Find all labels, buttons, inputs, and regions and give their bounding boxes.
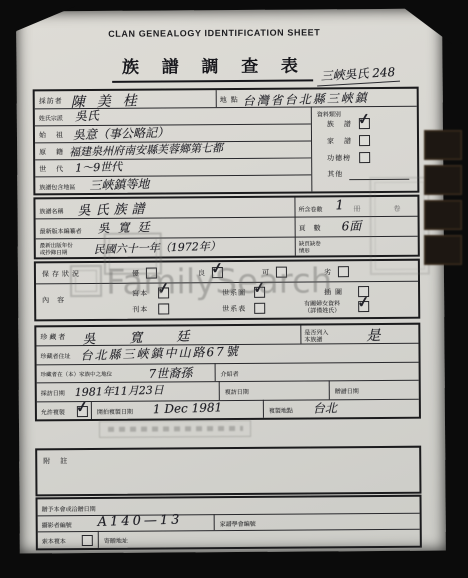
table-volume-info: 族譜名稱 吳氏族譜 所含卷數 1 冊 卷 最新版本編纂者 吳寬廷 頁 數 6面 …	[33, 195, 419, 260]
location-value: 台灣省台北縣三峽鎮	[243, 89, 369, 110]
divider	[91, 401, 92, 419]
content-illustrations-label: 插 圖	[324, 287, 343, 297]
category-item-gongdebang: 功德榜	[327, 153, 351, 163]
divider	[219, 381, 220, 400]
keeper-label: 珍藏者	[40, 332, 67, 342]
publication-label-line2: 或抄錄日期	[40, 248, 68, 256]
editor-label: 最新版本編纂者	[40, 226, 82, 235]
ink-stamp-glyph	[424, 235, 462, 265]
content-printed-label: 刊本	[132, 305, 148, 315]
faded-stamp-above-notes	[99, 420, 251, 438]
ink-stamp-glyph	[424, 200, 462, 230]
content-checkbox-printed	[158, 303, 169, 314]
content-label: 內 容	[42, 295, 67, 305]
table-keeper-info: 珍藏者 吳寬廷 是否列入 本族譜 是 珍藏者住址 台北縣三峽鎮中山路67號 珍藏…	[34, 323, 421, 422]
interviewer-label: 採訪者	[39, 96, 63, 106]
divider	[311, 106, 313, 191]
category-checkbox-jiapu	[359, 135, 370, 146]
notes-box: 附 註	[35, 446, 421, 497]
category-item-jiapu: 家 譜	[327, 136, 355, 146]
keeper-position-label: 珍藏者在（本）家族中之地位	[41, 370, 113, 378]
filming-date-value: 1 Dec 1981	[153, 400, 223, 416]
clan-value: 吳氏	[75, 107, 99, 125]
condition-option-poor: 劣	[324, 267, 332, 277]
volume-unit-ce: 冊	[353, 204, 361, 214]
divider	[329, 380, 330, 399]
introducer-label: 介紹者	[221, 369, 239, 378]
divider	[215, 363, 216, 381]
first-ancestor-label: 始 祖	[39, 130, 67, 140]
divider	[38, 529, 420, 533]
permission-label: 允許複製	[41, 407, 65, 416]
clan-label: 姓氏宗派	[39, 113, 63, 122]
category-title: 資料類別	[317, 109, 341, 118]
faded-stamp-left	[104, 232, 162, 274]
visit-date-value: 1981年11月23日	[75, 382, 164, 400]
divider	[214, 514, 215, 530]
category-checkbox-gongdebang	[359, 152, 370, 163]
divider	[38, 513, 420, 517]
divider	[300, 326, 301, 344]
genealogy-title-value: 吳氏族譜	[77, 198, 150, 219]
origin-label: 原 籍	[39, 147, 67, 157]
donation-date-label: 贈予本會或洽贈日期	[42, 504, 96, 513]
faded-stamp-right	[369, 177, 430, 275]
category-item-other: 其他	[327, 169, 343, 179]
send-address-label: 寄贈地址	[104, 536, 128, 545]
condition-checkbox-fair	[276, 267, 287, 278]
paper-sheet: CLAN GENEALOGY IDENTIFICATION SHEET 族 譜 …	[16, 9, 446, 554]
photographer-number-label: 攝影者編號	[42, 520, 72, 529]
ink-stamp-glyph	[424, 130, 462, 160]
missing-pages-label-line2: 情形	[299, 246, 310, 254]
permission-checkbox	[77, 406, 88, 417]
copy-request-label: 索本複本	[42, 536, 66, 545]
filming-place-label: 複製地點	[269, 406, 293, 415]
watermark-logo-ghost	[70, 265, 102, 297]
divider	[216, 90, 217, 107]
photographer-number-value: A140—13	[97, 512, 182, 529]
volumes-value: 1	[335, 198, 344, 213]
filming-date-label: 開拍複製日期	[97, 407, 133, 416]
first-ancestor-value: 吳意（事公略記）	[73, 123, 169, 143]
condition-option-fair: 可	[262, 268, 270, 278]
filming-place-value: 台北	[313, 399, 337, 417]
coverage-value: 三峽鎮等地	[89, 175, 149, 194]
listed-value: 是	[366, 325, 381, 345]
society-number-label: 家譜學會編號	[220, 519, 256, 528]
origin-value: 福建泉州府南安縣芙蓉鄉第七都	[69, 139, 223, 159]
listed-label-line2: 本族譜	[304, 334, 322, 343]
revisit-date-label: 複訪日期	[225, 387, 249, 396]
content-women-label-line2: （詳僅姓氏）	[304, 305, 340, 314]
content-lineage-table-label: 世系表	[222, 304, 246, 314]
condition-checkbox-poor	[338, 266, 349, 277]
gift-date-label: 贈譜日期	[335, 386, 359, 395]
table-basic-info: 採訪者 陳美桂 地 點 台灣省台北縣三峽鎮 姓氏宗派 吳氏 始 祖 吳意（事公略…	[33, 87, 420, 196]
keeper-address-label: 珍藏者住址	[40, 351, 70, 360]
handwritten-reference-number: 三峽吳氏 248	[316, 63, 400, 87]
generations-value: 1～9世代	[75, 158, 122, 175]
coverage-label: 族譜包含地區	[39, 182, 75, 191]
category-checkbox-zupu	[359, 118, 370, 129]
notes-label: 附 註	[43, 456, 71, 466]
scanned-document: CLAN GENEALOGY IDENTIFICATION SHEET 族 譜 …	[0, 0, 468, 578]
content-manuscript-label: 寫本	[132, 289, 148, 299]
content-checkbox-women	[358, 301, 369, 312]
copy-request-checkbox	[82, 535, 93, 546]
content-checkbox-lineage-chart	[254, 287, 265, 298]
divider	[98, 531, 99, 548]
pages-label: 頁 數	[299, 223, 324, 233]
location-label: 地 點	[220, 95, 239, 105]
volumes-label: 所含卷數	[298, 204, 322, 213]
document-chinese-title: 族 譜 調 查 表	[112, 51, 313, 82]
condition-option-good: 良	[198, 268, 206, 278]
ink-stamp-glyph	[424, 165, 462, 195]
document-english-title: CLAN GENEALOGY IDENTIFICATION SHEET	[16, 27, 412, 40]
condition-checkbox-good	[212, 267, 223, 278]
content-lineage-chart-label: 世系圖	[222, 288, 246, 298]
divider	[263, 400, 264, 418]
table-footer: 贈予本會或洽贈日期 攝影者編號 A140—13 家譜學會編號 索本複本 寄贈地址	[36, 495, 422, 551]
visit-date-label: 採訪日期	[41, 388, 65, 397]
genealogy-title-label: 族譜名稱	[39, 206, 63, 215]
generations-label: 世 代	[39, 164, 67, 174]
divider	[36, 236, 418, 240]
keeper-address-value: 台北縣三峽鎮中山路67號	[80, 342, 240, 363]
divider	[294, 198, 295, 256]
keeper-position-value: 7世裔孫	[148, 364, 192, 382]
pages-value: 6面	[341, 217, 361, 235]
ink-stamp-column	[424, 130, 464, 270]
content-checkbox-manuscript	[158, 287, 169, 298]
category-item-zupu: 族 譜	[327, 119, 355, 129]
content-checkbox-lineage-table	[254, 303, 265, 314]
